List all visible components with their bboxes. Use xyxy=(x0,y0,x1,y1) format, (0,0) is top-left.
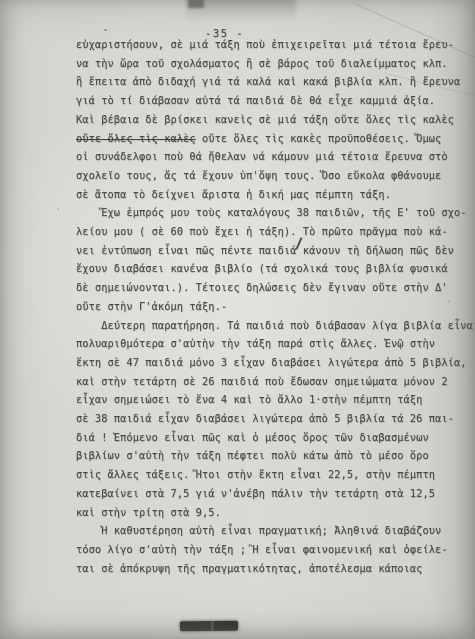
paper-speck xyxy=(57,208,59,210)
scan-artifact-top xyxy=(188,0,204,8)
text-after-strike: οὔτε ὅλες τὶς κακὲς προϋποθέσεις. Ὅμως xyxy=(196,133,442,145)
text-line: βιβλίων σ'αὐτὴ τὴν τάξη πέφτει πολὺ κάτω… xyxy=(76,447,472,466)
text-line: πολυαριθμότερα σ'αὐτὴν τὴν τάξη παρά στὶ… xyxy=(76,335,472,354)
text-line: Δεύτερη παρατήρηση. Τά παιδιά ποὺ διάβασ… xyxy=(76,317,472,336)
scanned-document-page: -35 - εὐχαριστήσουν, σὲ μιά τάξη ποὺ ἐπι… xyxy=(0,0,475,639)
text-line: να τὴν ὥρα τοῦ σχολάσματος ἢ σὲ βάρος το… xyxy=(76,55,472,74)
text-line: οὔτε ὅλες τὶς καλὲς οὔτε ὅλες τὶς κακὲς … xyxy=(76,130,472,149)
paper-speck xyxy=(104,29,107,31)
text-line: Καὶ βέβαια δὲ βρίσκει κανεὶς σὲ μιά τάξη… xyxy=(76,111,472,130)
text-line: Ἔχω ἐμπρός μου τοὺς καταλόγους 38 παιδιῶ… xyxy=(76,204,472,223)
text-line: ἢ ἔπειτα ἀπὸ διδαχή γιά τά καλά καὶ κακά… xyxy=(76,73,472,92)
text-line: καὶ στὴν τετάρτη σὲ 26 παιδιά ποὺ ἔδωσαν… xyxy=(76,373,472,392)
text-line: Ἡ καθυστέρηση αὐτὴ εἶναι πραγματική; Ἀλη… xyxy=(76,522,472,541)
text-line: σὲ ἄτοπα τὸ δείχνει ἄριστα ἡ δική μας πέ… xyxy=(76,186,472,205)
text-line: σὲ 38 παιδιά εἶχαν διαβάσει λιγώτερα ἀπὸ… xyxy=(76,410,472,429)
text-line: καὶ στὴν τρίτη στὰ 9,5. xyxy=(76,504,472,523)
text-line: σχολεῖο τους, ἄς τά ἔχουν ὑπ'ὄψη τους. Ὅ… xyxy=(76,167,472,186)
text-line: στὶς ἄλλες τάξεις. Ἤτοι στὴν ἕκτη εἶναι … xyxy=(76,466,472,485)
text-line: διά ! Ἑπόμενο εἶναι πῶς καὶ ὁ μέσος ὅρος… xyxy=(76,429,472,448)
text-line: οἱ συνάδελφοι ποὺ θά ἤθελαν νά κάμουν μι… xyxy=(76,148,472,167)
struck-text: οὔτε ὅλες τὶς καλὲς xyxy=(76,133,196,145)
text-line: νει ἐντύπωση εἶναι πῶς πέντε παιδιά κάνο… xyxy=(76,242,472,261)
text-line: οὔτε στὴν Γ'ἀκόμη τάξη.- xyxy=(76,298,472,317)
text-line: εἶχαν σημειώσει τὸ ἕνα 4 καὶ τὸ ἄλλο 1·σ… xyxy=(76,391,472,410)
text-line: κατεβαίνει στὰ 7,5 γιά ν'ἀνέβη πάλιν τὴν… xyxy=(76,485,472,504)
document-text: εὐχαριστήσουν, σὲ μιά τάξη ποὺ ἐπιχειρεῖ… xyxy=(76,36,472,578)
text-line: ἕκτη σὲ 47 παιδιά μόνο 3 εἶχαν διαβάσει … xyxy=(76,354,472,373)
scan-artifact-bottom xyxy=(180,621,238,632)
text-line: ται σὲ ἀπόκρυψη τῆς πραγματικότητας, ἀπο… xyxy=(76,560,472,579)
text-line: λείου μου ( σὲ 60 ποὺ ἔχει ἡ τάξη). Τὸ π… xyxy=(76,223,472,242)
text-line: δὲ σημειώνονται.). Τέτοιες δηλώσεις δὲν … xyxy=(76,279,472,298)
text-line: τόσο λίγο σ'αὐτὴ τὴν τάξη ; Ἢ εἶναι φαιν… xyxy=(76,541,472,560)
text-line: ἔχουν διαβάσει κανένα βιβλίο (τά σχολικά… xyxy=(76,260,472,279)
text-line: γιά τὸ τί διάβασαν αὐτά τά παιδιά δὲ θά … xyxy=(76,92,472,111)
text-line: εὐχαριστήσουν, σὲ μιά τάξη ποὺ ἐπιχειρεῖ… xyxy=(76,36,472,55)
